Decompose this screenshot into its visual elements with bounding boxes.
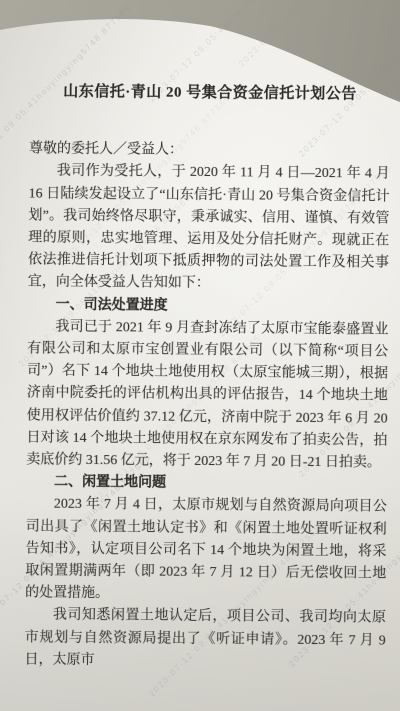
document-title: 山东信托·青山 20 号集合资金信托计划公告 [29,80,390,105]
section-idle-land-paragraph-1: 2023 年 7 月 4 日，太原市规划与自然资源局向项目公司出具了《闲置土地认… [25,494,387,608]
section-heading-judicial-disposal: 一、司法处置进度 [28,294,389,319]
section-idle-land-paragraph-2: 我司知悉闲置土地认定后，项目公司、我司均向太原市规划与自然资源局提出了《听证申请… [24,605,386,675]
document-text: 山东信托·青山 20 号集合资金信托计划公告 尊敬的委托人／受益人： 我司作为受… [24,80,390,674]
intro-paragraph: 我司作为受托人，于 2020 年 11 月 4 日—2021 年 4 月 16 … [28,161,390,297]
section-judicial-paragraph: 我司已于 2021 年 9 月查封冻结了太原市宝能泰盛置业有限公司和太原市宝创置… [26,316,388,475]
photo-of-document: 2023-07-12 09:05:41houyingying5748 87756… [0,0,400,711]
salutation: 尊敬的委托人／受益人： [29,139,390,164]
section-heading-idle-land: 二、闲置土地问题 [26,472,387,497]
